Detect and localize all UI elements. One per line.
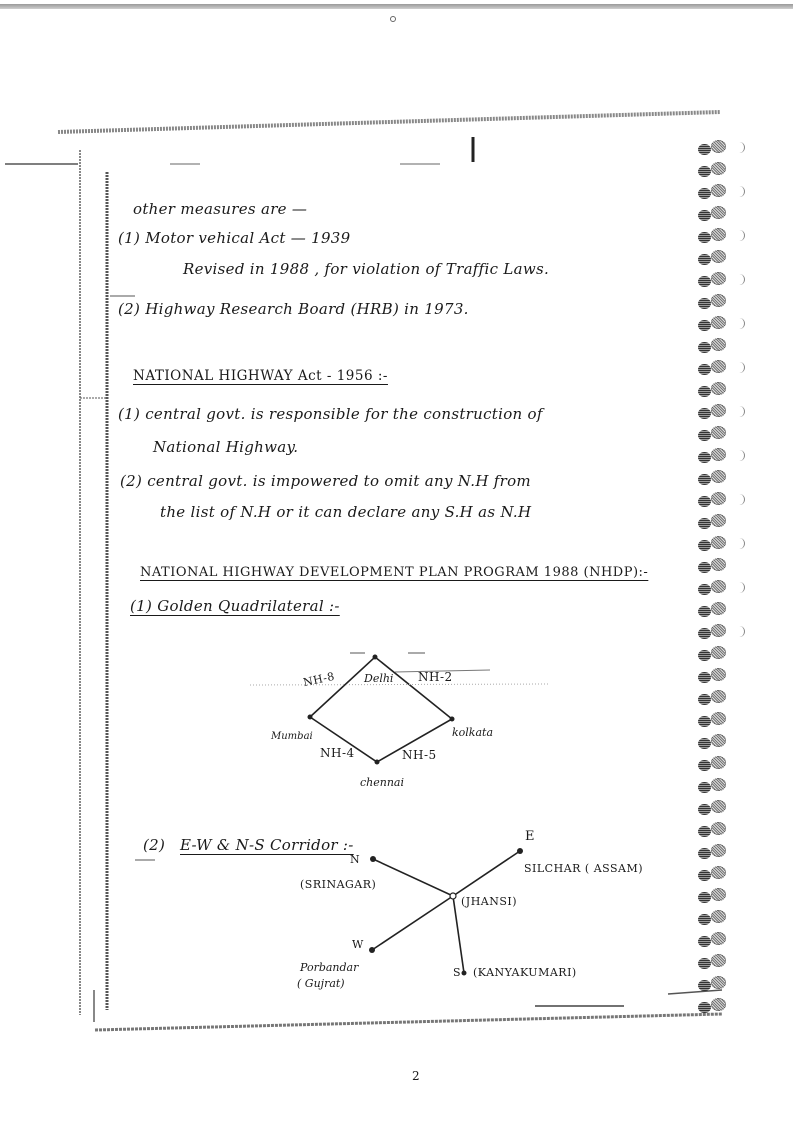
spiral-ring bbox=[711, 404, 726, 417]
spiral-hook bbox=[738, 626, 745, 637]
spiral-ring bbox=[698, 804, 711, 815]
spiral-ring bbox=[711, 690, 726, 703]
spiral-ring bbox=[711, 206, 726, 219]
spiral-hook bbox=[738, 450, 745, 461]
spiral-ring bbox=[698, 430, 711, 441]
spiral-ring bbox=[711, 228, 726, 241]
spiral-ring bbox=[711, 756, 726, 769]
spiral-ring bbox=[698, 518, 711, 529]
label-nh-5: NH-5 bbox=[402, 748, 437, 762]
spiral-ring bbox=[698, 364, 711, 375]
spiral-ring bbox=[698, 540, 711, 551]
spiral-ring bbox=[711, 426, 726, 439]
spiral-ring bbox=[698, 474, 711, 485]
spiral-ring bbox=[698, 166, 711, 177]
spiral-hook bbox=[738, 582, 745, 593]
place-silchar: SILCHAR ( ASSAM) bbox=[524, 862, 643, 875]
spiral-ring bbox=[698, 298, 711, 309]
spiral-ring bbox=[698, 628, 711, 639]
spiral-ring bbox=[698, 276, 711, 287]
spiral-ring bbox=[711, 162, 726, 175]
place-porbandar: Porbandar bbox=[300, 961, 358, 974]
spiral-ring bbox=[711, 976, 726, 989]
spiral-hook bbox=[738, 362, 745, 373]
spiral-ring bbox=[711, 624, 726, 637]
spiral-ring bbox=[711, 338, 726, 351]
spiral-ring bbox=[711, 294, 726, 307]
spiral-ring bbox=[698, 760, 711, 771]
dir-south: S bbox=[453, 966, 461, 979]
corridor-lines bbox=[120, 820, 670, 1000]
spiral-ring bbox=[711, 778, 726, 791]
spiral-ring bbox=[711, 316, 726, 329]
spiral-ring bbox=[698, 232, 711, 243]
spiral-ring bbox=[711, 492, 726, 505]
spiral-ring bbox=[698, 958, 711, 969]
spiral-ring bbox=[698, 936, 711, 947]
spiral-ring bbox=[698, 342, 711, 353]
spiral-ring bbox=[698, 606, 711, 617]
spiral-ring bbox=[711, 646, 726, 659]
spiral-hook bbox=[738, 186, 745, 197]
spiral-ring bbox=[711, 272, 726, 285]
spiral-ring bbox=[711, 910, 726, 923]
spiral-hook bbox=[738, 318, 745, 329]
spiral-ring bbox=[698, 496, 711, 507]
spiral-ring bbox=[711, 998, 726, 1011]
place-kanyakumari: (KANYAKUMARI) bbox=[473, 966, 577, 979]
spiral-ring bbox=[698, 716, 711, 727]
spiral-ring bbox=[698, 584, 711, 595]
spiral-ring bbox=[698, 694, 711, 705]
spiral-ring bbox=[711, 734, 726, 747]
nh-act-point1-line1: (1) central govt. is responsible for the… bbox=[118, 405, 543, 423]
spiral-ring bbox=[711, 514, 726, 527]
spiral-ring bbox=[698, 408, 711, 419]
nh-act-point2-line1: (2) central govt. is impowered to omit a… bbox=[120, 472, 531, 490]
corridor-diagram: N (SRINAGAR) E SILCHAR ( ASSAM) (JHANSI)… bbox=[120, 820, 670, 1000]
spiral-ring bbox=[698, 452, 711, 463]
spiral-ring bbox=[711, 360, 726, 373]
spiral-ring bbox=[698, 188, 711, 199]
spiral-ring bbox=[698, 210, 711, 221]
spiral-hook bbox=[738, 406, 745, 417]
spiral-ring bbox=[711, 382, 726, 395]
place-jhansi: (JHANSI) bbox=[461, 895, 517, 908]
label-nh-4: NH-4 bbox=[320, 746, 355, 760]
spiral-ring bbox=[698, 320, 711, 331]
spiral-ring bbox=[698, 672, 711, 683]
golden-quadrilateral-diagram: NH-8 Delhi NH-2 Mumbai kolkata NH-4 NH-5… bbox=[250, 640, 550, 800]
item-motor-vehicle-act: (1) Motor vehical Act — 1939 bbox=[118, 229, 351, 247]
spiral-ring bbox=[711, 448, 726, 461]
spiral-hook bbox=[738, 230, 745, 241]
spiral-ring bbox=[698, 870, 711, 881]
place-gujrat: ( Gujrat) bbox=[297, 977, 345, 990]
spiral-ring bbox=[698, 650, 711, 661]
spiral-ring bbox=[711, 536, 726, 549]
spiral-ring bbox=[711, 800, 726, 813]
place-srinagar: (SRINAGAR) bbox=[300, 878, 376, 891]
spiral-ring bbox=[711, 668, 726, 681]
nh-act-point1-line2: National Highway. bbox=[153, 438, 298, 456]
golden-quadrilateral-heading: (1) Golden Quadrilateral :- bbox=[130, 597, 340, 615]
page-number: 2 bbox=[412, 1069, 420, 1083]
spiral-ring bbox=[698, 848, 711, 859]
spiral-ring bbox=[698, 254, 711, 265]
city-mumbai: Mumbai bbox=[271, 731, 313, 742]
spiral-ring bbox=[711, 888, 726, 901]
city-delhi: Delhi bbox=[364, 672, 393, 685]
spiral-ring bbox=[698, 1002, 711, 1013]
item-motor-vehicle-act-detail: Revised in 1988 , for violation of Traff… bbox=[183, 260, 549, 278]
spiral-ring bbox=[698, 782, 711, 793]
intro-text: other measures are — bbox=[133, 200, 307, 218]
spiral-binding bbox=[698, 140, 748, 1020]
spiral-ring bbox=[698, 980, 711, 991]
label-nh-2: NH-2 bbox=[418, 670, 453, 684]
spiral-ring bbox=[711, 954, 726, 967]
spiral-ring bbox=[711, 844, 726, 857]
dir-west: W bbox=[352, 938, 364, 951]
spiral-ring bbox=[698, 144, 711, 155]
dir-north: N bbox=[350, 853, 360, 866]
spiral-ring bbox=[711, 866, 726, 879]
spiral-ring bbox=[711, 470, 726, 483]
spiral-ring bbox=[711, 580, 726, 593]
spiral-ring bbox=[698, 826, 711, 837]
spiral-ring bbox=[698, 892, 711, 903]
spiral-ring bbox=[711, 712, 726, 725]
city-kolkata: kolkata bbox=[452, 726, 493, 739]
spiral-ring bbox=[711, 184, 726, 197]
dir-east: E bbox=[525, 829, 535, 844]
spiral-ring bbox=[698, 386, 711, 397]
spiral-ring bbox=[711, 822, 726, 835]
spiral-ring bbox=[711, 250, 726, 263]
item-highway-research-board: (2) Highway Research Board (HRB) in 1973… bbox=[118, 300, 469, 318]
spiral-ring bbox=[698, 738, 711, 749]
city-chennai: chennai bbox=[360, 776, 404, 789]
nhdp-heading: NATIONAL HIGHWAY DEVELOPMENT PLAN PROGRA… bbox=[140, 565, 648, 580]
spiral-hook bbox=[738, 274, 745, 285]
spiral-ring bbox=[711, 558, 726, 571]
nh-act-point2-line2: the list of N.H or it can declare any S.… bbox=[160, 503, 531, 521]
spiral-ring bbox=[711, 140, 726, 153]
spiral-ring bbox=[698, 562, 711, 573]
spiral-ring bbox=[698, 914, 711, 925]
spiral-hook bbox=[738, 494, 745, 505]
spiral-ring bbox=[711, 932, 726, 945]
spiral-hook bbox=[738, 142, 745, 153]
nh-act-heading: NATIONAL HIGHWAY Act - 1956 :- bbox=[133, 368, 388, 384]
spiral-ring bbox=[711, 602, 726, 615]
spiral-hook bbox=[738, 538, 745, 549]
